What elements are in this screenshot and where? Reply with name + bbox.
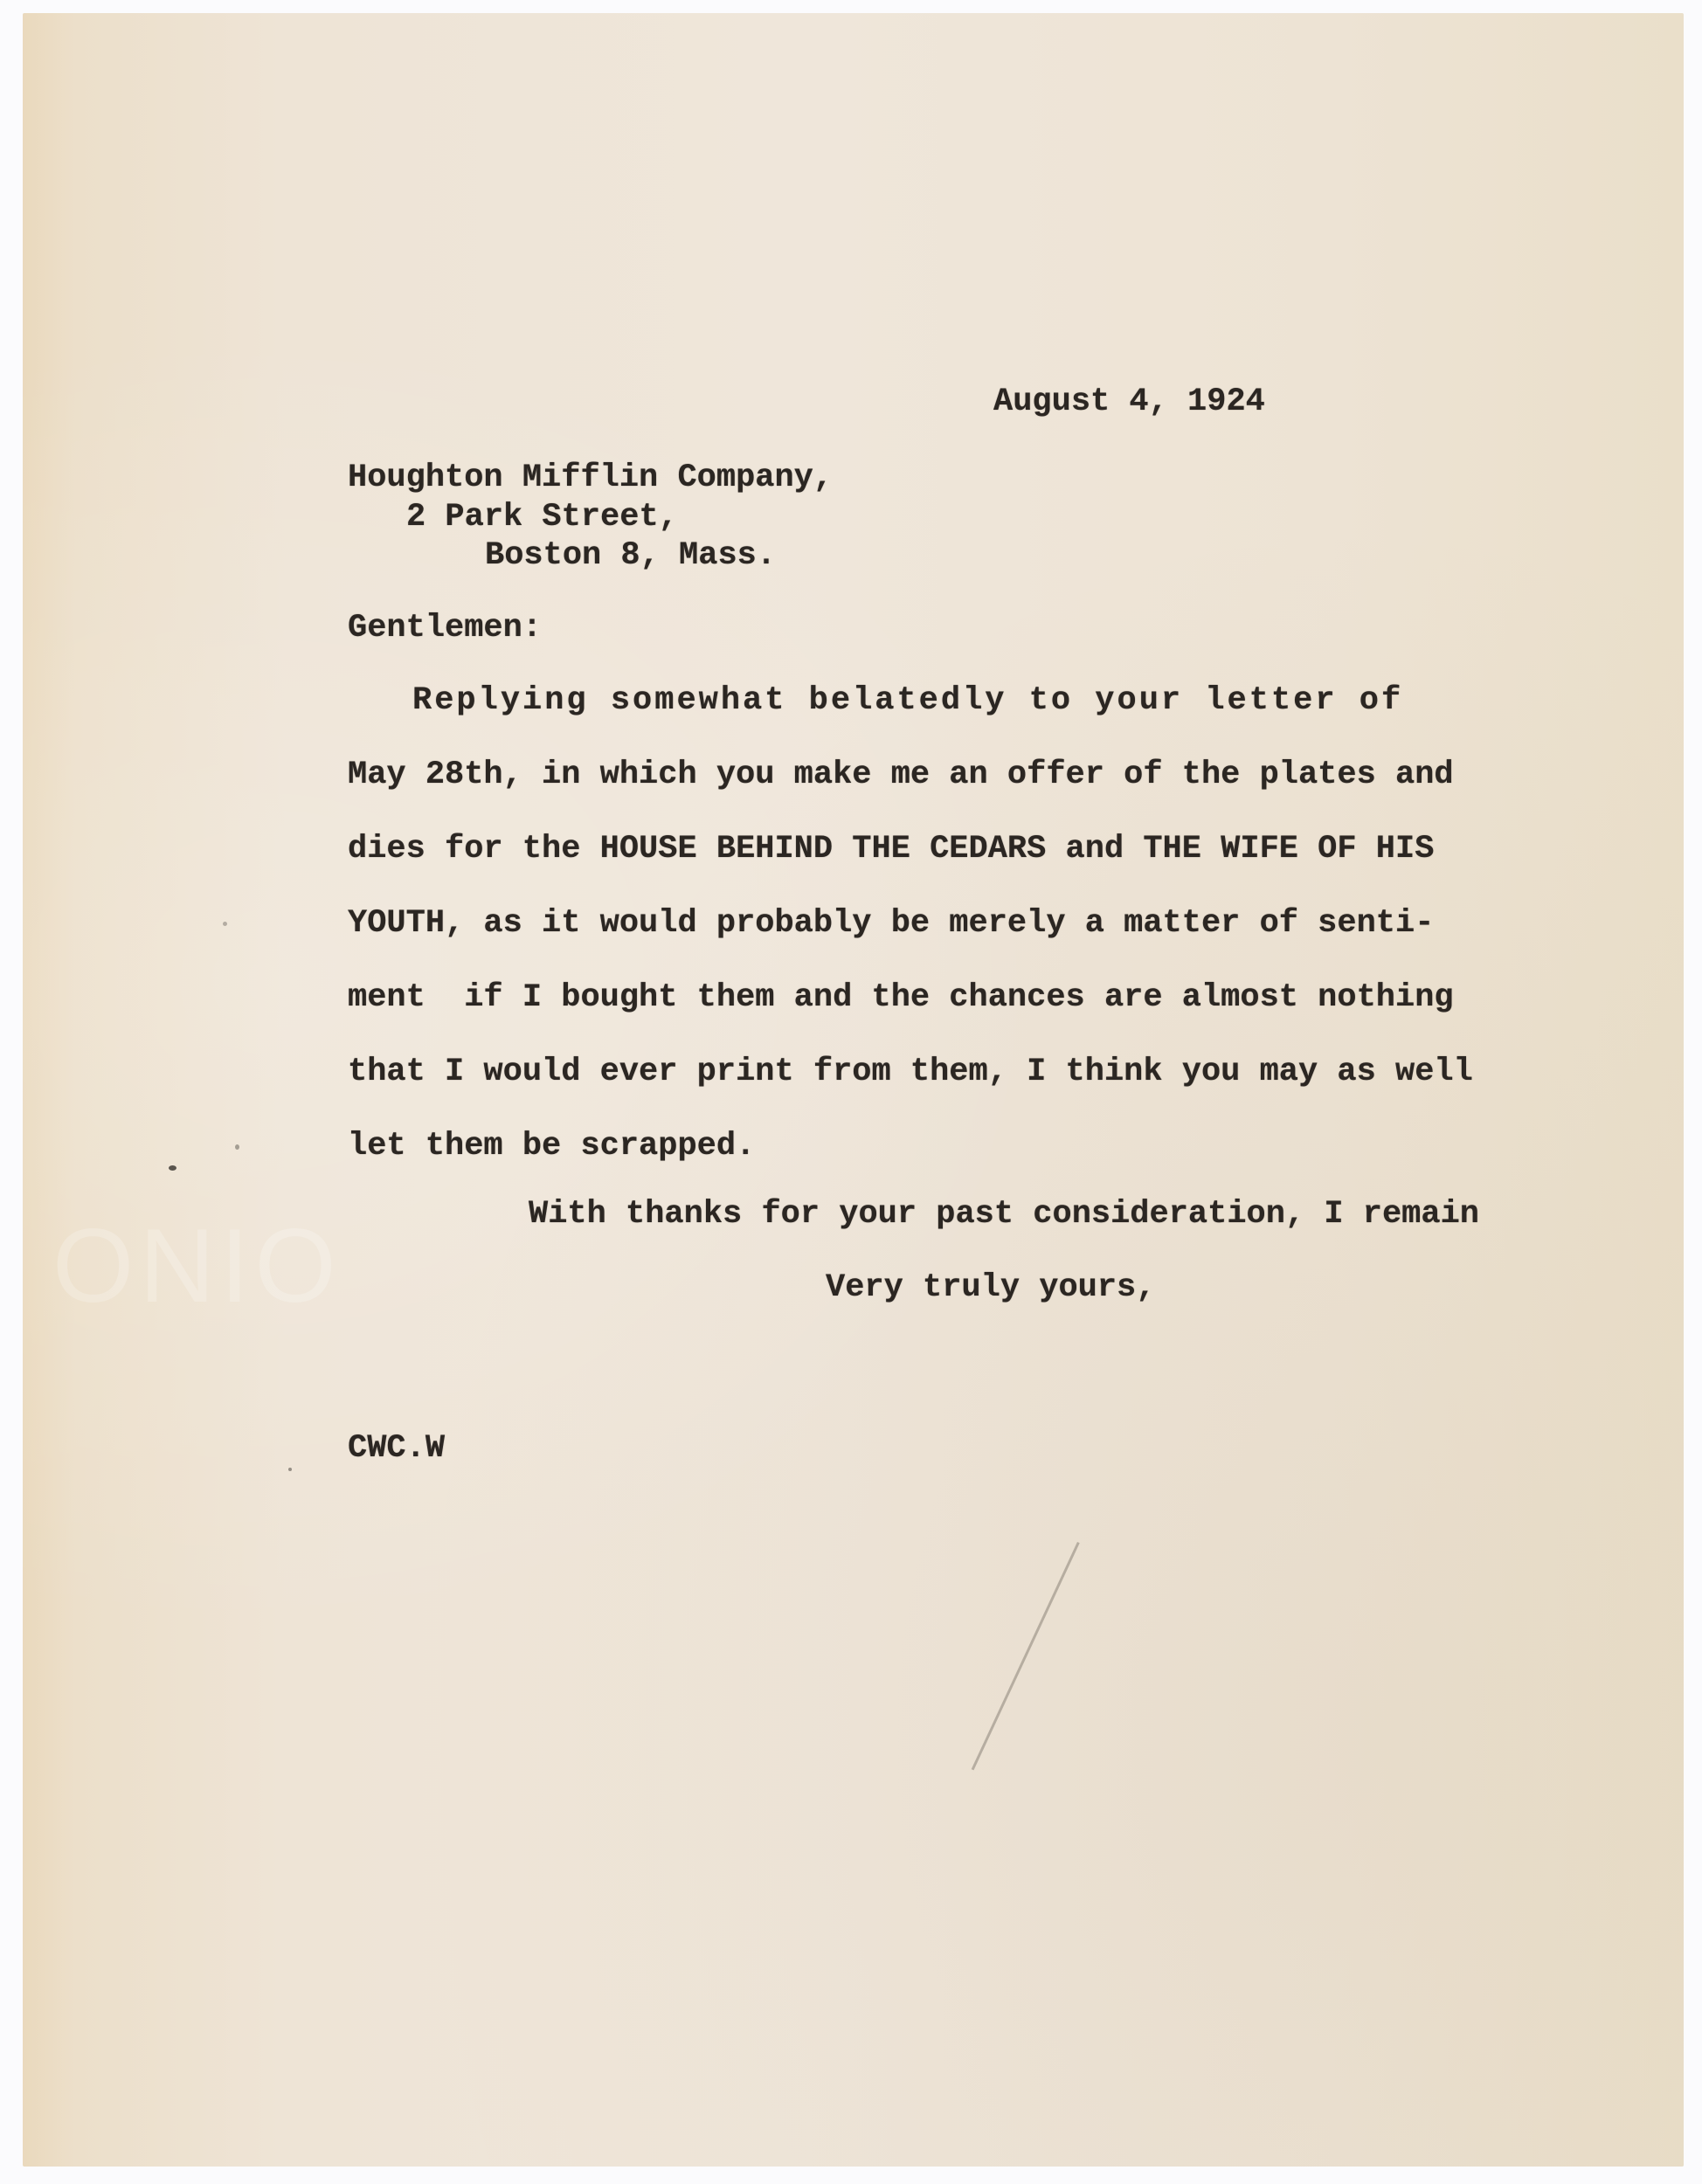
ink-spot [235,1144,239,1150]
complimentary-close: Very truly yours, [826,1268,1155,1307]
body-line: Replying somewhat belatedly to your lett… [412,681,1403,720]
ink-spot [169,1165,176,1171]
recipient-street: 2 Park Street, [406,498,678,536]
body-line: that I would ever print from them, I thi… [348,1053,1473,1091]
letter-date: August 4, 1924 [993,383,1265,421]
body-line: YOUTH, as it would probably be merely a … [348,904,1434,943]
ink-spot [288,1468,292,1471]
body-line: ment if I bought them and the chances ar… [348,978,1454,1017]
ink-spot [223,922,227,926]
body-line: dies for the HOUSE BEHIND THE CEDARS and… [348,830,1434,868]
body-line: let them be scrapped. [348,1127,755,1165]
reference-initials: CWC.W [348,1429,445,1468]
recipient-city: Boston 8, Mass. [485,536,776,575]
recipient-name: Houghton Mifflin Company, [348,459,833,497]
body-line: May 28th, in which you make me an offer … [348,756,1454,794]
salutation: Gentlemen: [348,609,542,647]
paper-watermark: ONIO [52,1206,342,1326]
closing-line: With thanks for your past consideration,… [529,1195,1479,1234]
